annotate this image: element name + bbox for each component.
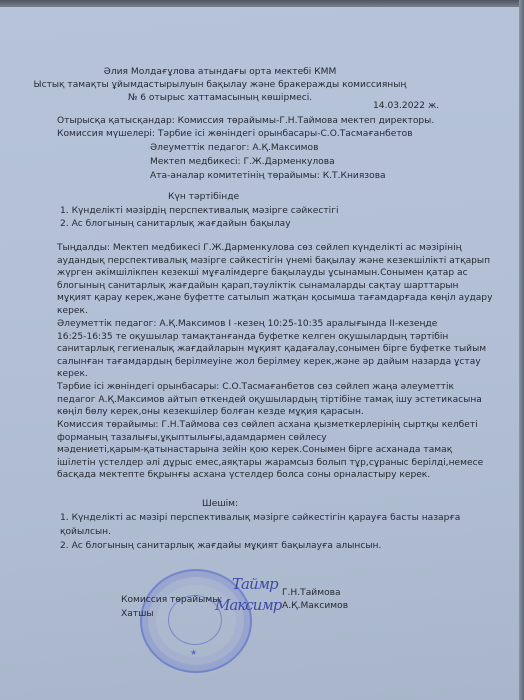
attendees-line: Отырысқа қатысқандар: Комиссия төрайымы-…: [57, 115, 434, 128]
member-parents-committee: Ата-аналар комитетінің төрайымы: К.Т.Кни…: [150, 170, 386, 183]
discussion-social-pedagogue: Әлеуметтік педагог: А.Қ.Максимов І -кезе…: [57, 318, 457, 381]
chair-name: Г.Н.Таймова: [282, 587, 341, 600]
members-line: Комиссия мүшелері: Тәрбие ісі жөніндегі …: [57, 128, 413, 141]
school-name: Әлия Молдағұлова атындағы орта мектебі К…: [0, 66, 440, 79]
agenda-title: Күн тәртібінде: [168, 191, 239, 204]
decision-item: 2. Ас блогының санитарлық жағдайы мұқият…: [60, 540, 381, 553]
member-social-pedagogue: Әлеуметтік педагог: А.Қ.Максимов: [150, 142, 318, 155]
member-nurse: Мектеп медбикесі: Г.Ж.Дарменкулова: [150, 156, 335, 169]
document-date: 14.03.2022 ж.: [373, 100, 439, 113]
commission-title: Ыстық тамақты ұйымдастырылуын бақылау жә…: [0, 79, 440, 92]
decision-item-continuation: қойылсын.: [60, 526, 111, 539]
discussion-chair: Комиссия төрайымы: Г.Н.Таймова сөз сөйле…: [57, 419, 457, 482]
agenda-item: 2. Ас блогының санитарлық жағдайын бақыл…: [60, 218, 291, 231]
chair-signature: Таймр: [232, 578, 278, 591]
discussion-nurse: Тыңдалды: Мектеп медбикесі Г.Ж.Дарменкул…: [57, 242, 457, 318]
secretary-name: А.Қ.Максимов: [282, 600, 348, 613]
document-page: Әлия Молдағұлова атындағы орта мектебі К…: [0, 7, 519, 700]
star-icon: ★: [190, 647, 197, 660]
decision-item: 1. Күнделікті ас мәзірі перспективалық м…: [60, 512, 460, 525]
chair-label: Комиссия төрайымы:: [121, 594, 222, 607]
secretary-signature: Максимр: [215, 599, 281, 612]
secretary-label: Хатшы: [121, 608, 154, 621]
agenda-item: 1. Күнделікті мәзірдің перспективалық мә…: [60, 205, 339, 218]
photo-background-right: [519, 0, 524, 700]
discussion-deputy: Тәрбие ісі жөніндегі орынбасары: С.О.Тас…: [57, 381, 457, 419]
decision-title: Шешім:: [202, 498, 238, 511]
